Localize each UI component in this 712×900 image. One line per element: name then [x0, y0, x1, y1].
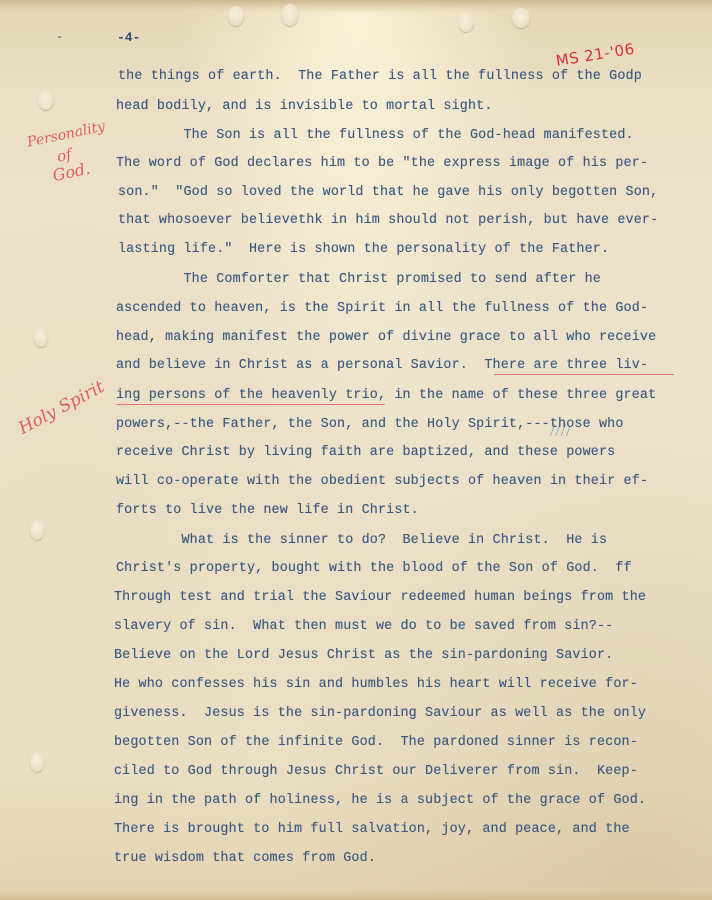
text-line: There is brought to him full salvation, …	[114, 822, 630, 837]
punch-hole	[30, 752, 44, 772]
paper-fold	[0, 0, 712, 14]
text-line: son." "God so loved the world that he ga…	[118, 185, 658, 200]
punch-hole	[512, 8, 530, 28]
margin-note-personality-of-god: Personality of God.	[26, 120, 115, 188]
text-line: What is the sinner to do? Believe in Chr…	[116, 533, 607, 548]
manuscript-id: MS 21-'06	[555, 40, 636, 70]
text-line: The Comforter that Christ promised to se…	[118, 272, 601, 287]
punch-hole	[281, 4, 299, 26]
text-line: the things of earth. The Father is all t…	[118, 69, 642, 84]
page-number: -4-	[117, 30, 140, 45]
punch-hole	[228, 6, 244, 26]
manuscript-page: - -4- MS 21-'06 Personality of God. Holy…	[0, 0, 712, 900]
text-line: begotten Son of the infinite God. The pa…	[114, 735, 638, 750]
text-line: head bodily, and is invisible to mortal …	[116, 99, 493, 114]
text-line: slavery of sin. What then must we do to …	[114, 619, 613, 634]
red-underline	[494, 374, 674, 375]
punch-hole	[34, 327, 48, 347]
text-line: receive Christ by living faith are bapti…	[116, 445, 615, 460]
text-line: Through test and trial the Saviour redee…	[114, 590, 646, 605]
text-line: ing in the path of holiness, he is a sub…	[114, 793, 646, 808]
text-line: ing persons of the heavenly trio, in the…	[116, 388, 656, 403]
text-line: giveness. Jesus is the sin-pardoning Sav…	[114, 706, 646, 721]
text-line: The word of God declares him to be "the …	[116, 156, 648, 171]
text-line: true wisdom that comes from God.	[114, 851, 376, 866]
text-line: lasting life." Here is shown the persona…	[118, 242, 609, 257]
text-line: forts to live the new life in Christ.	[116, 503, 419, 518]
text-line: Christ's property, bought with the blood…	[116, 561, 632, 576]
text-line: that whosoever believethk in him should …	[118, 213, 658, 228]
red-underline	[117, 404, 385, 405]
punch-hole	[30, 520, 44, 540]
margin-note-holy-spirit: Holy Spirit	[15, 377, 107, 439]
text-line: Believe on the Lord Jesus Christ as the …	[114, 648, 613, 663]
text-line: powers,--the Father, the Son, and the Ho…	[116, 417, 624, 432]
text-line: He who confesses his sin and humbles his…	[114, 677, 638, 692]
text-line: head, making manifest the power of divin…	[116, 330, 656, 345]
paper-edge	[0, 890, 712, 900]
punch-hole	[38, 90, 54, 110]
text-line: ciled to God through Jesus Christ our De…	[114, 764, 638, 779]
text-line: ascended to heaven, is the Spirit in all…	[116, 301, 648, 316]
text-line: and believe in Christ as a personal Savi…	[116, 358, 648, 373]
text-line: will co-operate with the obedient subjec…	[116, 474, 648, 489]
margin-dash: -	[56, 30, 63, 44]
text-line: The Son is all the fullness of the God-h…	[118, 128, 634, 143]
punch-hole	[458, 12, 474, 32]
